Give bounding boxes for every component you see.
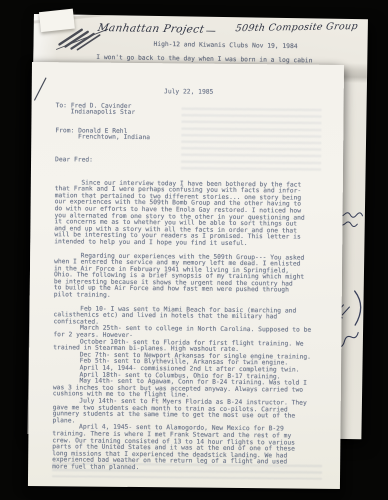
typed-heading: High-12 and Kiwanis Clubs Nov 19, 1984: [93, 41, 357, 52]
letter-paragraph: Regarding our experiences with the 509th…: [54, 253, 320, 302]
pencil-slash-icon: [32, 76, 50, 102]
letter-body: July 22, 1985 To: Fred D. Cavinder India…: [52, 88, 322, 473]
handwritten-title-manhattan-project: Manhattan Project: [97, 22, 206, 36]
letter-date: July 22, 1985: [56, 88, 322, 97]
letter-paragraph: Since our interview today I have been bo…: [54, 180, 321, 248]
recipient-block: To: Fred D. Cavinder Indianapolis Star: [55, 103, 321, 119]
handwritten-title-509th-group: 509th Composite Group: [235, 21, 359, 34]
letter-page: July 22, 1985 To: Fred D. Cavinder India…: [28, 62, 344, 489]
salutation: Dear Fred:: [55, 157, 321, 166]
sender-block: From: Donald E Rehl Frenchtown, Indiana: [55, 128, 321, 144]
letter-paragraph: Feb 10- I was sent to Miami Beach for ba…: [52, 306, 320, 473]
handwritten-dash: —: [205, 26, 217, 37]
scanned-documents-photo: Manhattan Project — 509th Composite Grou…: [0, 0, 388, 500]
